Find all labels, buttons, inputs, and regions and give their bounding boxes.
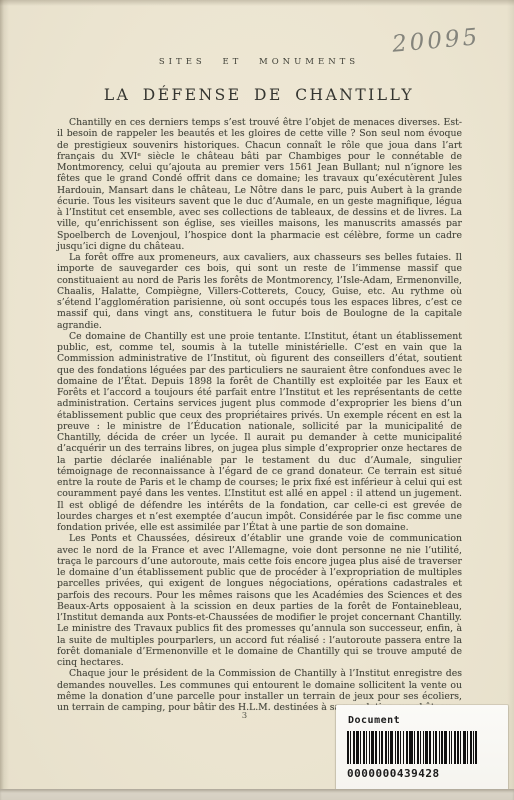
barcode	[347, 731, 498, 764]
article-paragraph: Ce domaine de Chantilly est une proie te…	[57, 331, 462, 534]
scan-bottom-edge	[0, 789, 514, 800]
article-title: LA DÉFENSE DE CHANTILLY	[57, 86, 461, 104]
scanned-document-view: 20095 SITES ET MONUMENTS LA DÉFENSE DE C…	[0, 0, 514, 800]
barcode-label-text: Document	[348, 715, 400, 726]
article-paragraph: Chantilly en ces derniers temps s’est tr…	[57, 117, 462, 252]
barcode-number: 0000000439428	[347, 767, 440, 780]
article-paragraph: La forêt offre aux promeneurs, aux caval…	[57, 252, 462, 331]
barcode-sticker: Document 0000000439428	[336, 705, 508, 792]
article-body: Chantilly en ces derniers temps s’est tr…	[57, 117, 462, 713]
journal-header: SITES ET MONUMENTS	[57, 57, 461, 67]
article-paragraph: Les Ponts et Chaussées, désireux d’établ…	[57, 533, 462, 668]
